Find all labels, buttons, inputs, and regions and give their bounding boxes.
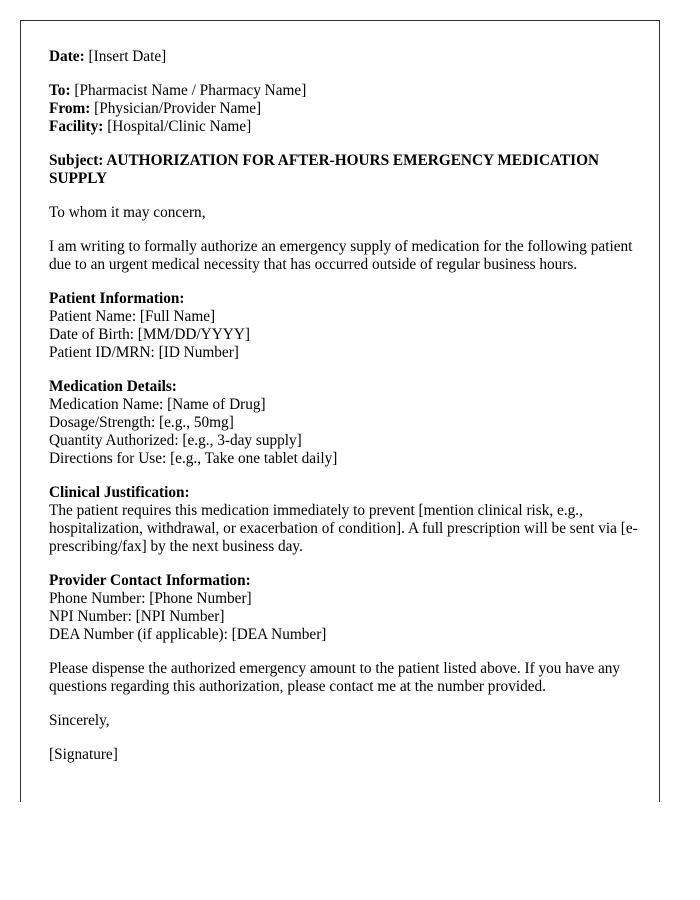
subject-line: Subject: AUTHORIZATION FOR AFTER-HOURS E… <box>49 152 639 188</box>
facility-value: [Hospital/Clinic Name] <box>107 118 251 135</box>
clinical-justification-text: The patient requires this medication imm… <box>49 502 638 555</box>
date-label: Date: <box>49 48 85 65</box>
provider-contact-title: Provider Contact Information: <box>49 572 639 590</box>
medication-name-line: Medication Name: [Name of Drug] <box>49 396 639 414</box>
facility-line: Facility: [Hospital/Clinic Name] <box>49 118 639 136</box>
patient-name-line: Patient Name: [Full Name] <box>49 308 639 326</box>
patient-dob-line: Date of Birth: [MM/DD/YYYY] <box>49 326 639 344</box>
phone-line: Phone Number: [Phone Number] <box>49 590 639 608</box>
from-line: From: [Physician/Provider Name] <box>49 100 639 118</box>
clinical-justification-section: Clinical Justification: The patient requ… <box>49 484 639 556</box>
to-value: [Pharmacist Name / Pharmacy Name] <box>74 82 306 99</box>
medication-details-section: Medication Details: Medication Name: [Na… <box>49 378 639 468</box>
medication-details-title: Medication Details: <box>49 378 639 396</box>
intro-paragraph: I am writing to formally authorize an em… <box>49 238 639 274</box>
subject-value: AUTHORIZATION FOR AFTER-HOURS EMERGENCY … <box>49 152 599 187</box>
dea-line: DEA Number (if applicable): [DEA Number] <box>49 626 639 644</box>
dosage-line: Dosage/Strength: [e.g., 50mg] <box>49 414 639 432</box>
facility-label: Facility: <box>49 118 103 135</box>
letter-body: Date: [Insert Date] To: [Pharmacist Name… <box>49 48 639 780</box>
to-line: To: [Pharmacist Name / Pharmacy Name] <box>49 82 639 100</box>
patient-id-line: Patient ID/MRN: [ID Number] <box>49 344 639 362</box>
date-line: Date: [Insert Date] <box>49 48 639 66</box>
clinical-justification-title: Clinical Justification: <box>49 484 639 502</box>
npi-line: NPI Number: [NPI Number] <box>49 608 639 626</box>
subject-label: Subject: <box>49 152 103 169</box>
from-label: From: <box>49 100 90 117</box>
date-value: [Insert Date] <box>89 48 167 65</box>
patient-info-section: Patient Information: Patient Name: [Full… <box>49 290 639 362</box>
letter-document: Date: [Insert Date] To: [Pharmacist Name… <box>20 20 660 802</box>
patient-info-title: Patient Information: <box>49 290 639 308</box>
closing-paragraph: Please dispense the authorized emergency… <box>49 660 639 696</box>
recipient-block: To: [Pharmacist Name / Pharmacy Name] Fr… <box>49 82 639 136</box>
from-value: [Physician/Provider Name] <box>94 100 261 117</box>
closing: Sincerely, <box>49 712 639 730</box>
provider-contact-section: Provider Contact Information: Phone Numb… <box>49 572 639 644</box>
to-label: To: <box>49 82 71 99</box>
signature: [Signature] <box>49 746 639 764</box>
directions-line: Directions for Use: [e.g., Take one tabl… <box>49 450 639 468</box>
salutation: To whom it may concern, <box>49 204 639 222</box>
quantity-line: Quantity Authorized: [e.g., 3-day supply… <box>49 432 639 450</box>
